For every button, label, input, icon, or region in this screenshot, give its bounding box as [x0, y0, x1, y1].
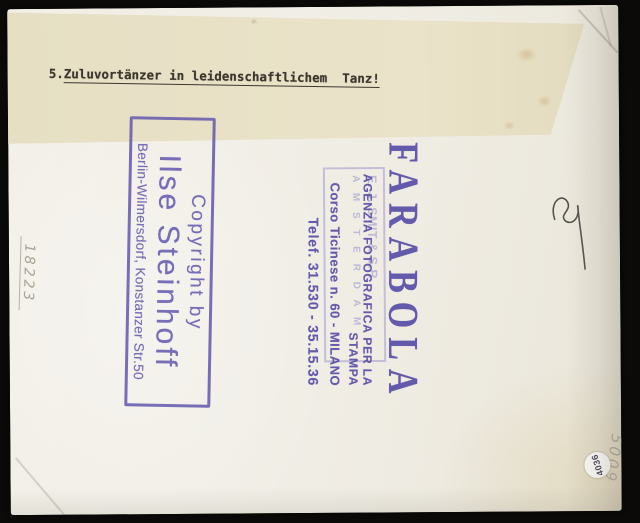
caption-heading-title: Zuluvortänzer in leidenschaftlichem Tanz…: [64, 66, 380, 88]
lot-number: 4036: [589, 453, 605, 477]
lot-number-sticker: 4036: [584, 452, 610, 478]
crease-line: [15, 457, 67, 515]
farabola-stamp-subtitle: AGENZIA FOTOGRAFICA PER LA STAMPA: [346, 142, 374, 386]
farabola-stamp-address: Corso Ticinese n. 60 - MILANO: [327, 142, 342, 386]
copyright-stamp: Copyright by Ilse Steinhoff Berlin-Wilme…: [124, 116, 216, 408]
crease-line: [578, 9, 618, 53]
farabola-agency-stamp: FARABOLA AGENZIA FOTOGRAFICA PER LA STAM…: [296, 142, 425, 386]
farabola-stamp-name: FARABOLA: [378, 142, 426, 392]
handwritten-mark: [545, 189, 594, 274]
caption-heading: 5.Zuluvortänzer in leidenschaftlichem Ta…: [49, 66, 537, 90]
scan-background: 5.Zuluvortänzer in leidenschaftlichem Ta…: [0, 0, 640, 523]
copyright-stamp-name: Ilse Steinhoff: [147, 120, 186, 405]
farabola-stamp-phone: Telef. 31.530 - 35.15.36: [305, 142, 321, 386]
copyright-stamp-line1: Copyright by: [182, 120, 209, 404]
caption-text: 5.Zuluvortänzer in leidenschaftlichem Ta…: [44, 33, 537, 387]
caption-strip: 5.Zuluvortänzer in leidenschaftlichem Ta…: [7, 7, 598, 145]
caption-heading-number: 5.: [49, 66, 64, 81]
crease-line: [600, 7, 612, 46]
photo-back: 5.Zuluvortänzer in leidenschaftlichem Ta…: [7, 5, 622, 515]
pencil-number-left: 18223: [19, 236, 38, 310]
